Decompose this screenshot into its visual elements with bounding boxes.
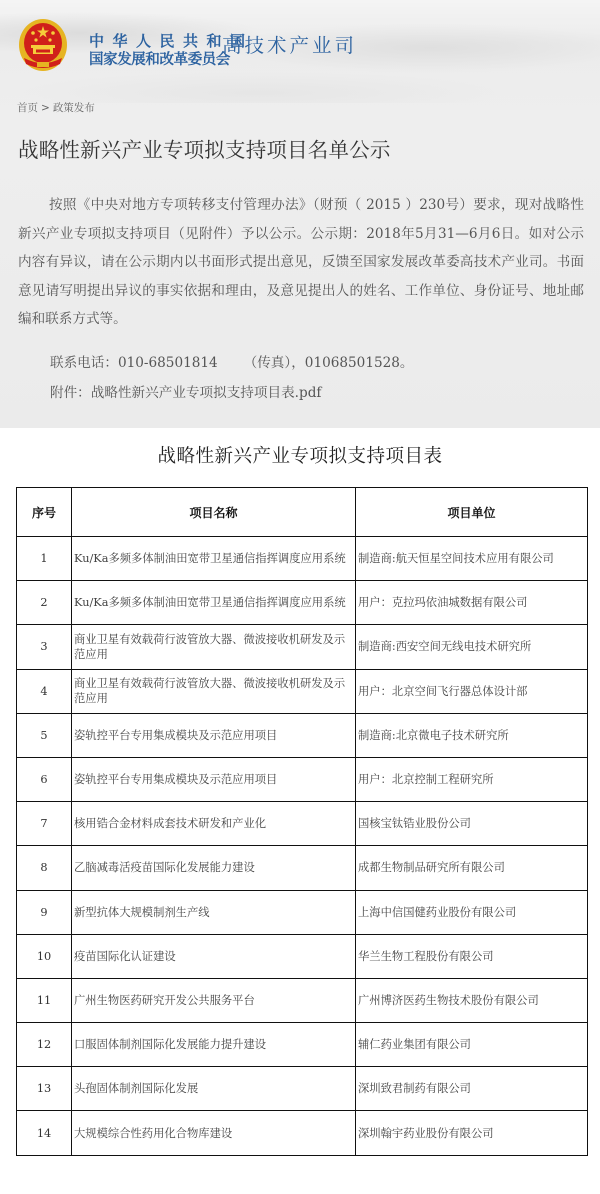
article-paragraph: 按照《中央对地方专项转移支付管理办法》（财预（ 2015 ）230号）要求，现对…: [18, 191, 584, 334]
department-name[interactable]: 高技术产业司: [222, 34, 357, 58]
table-row: 8乙脑减毒活疫苗国际化发展能力建设成都生物制品研究所有限公司: [17, 846, 588, 890]
project-unit: 制造商:航天恒星空间技术应用有限公司: [356, 537, 588, 581]
row-number: 14: [17, 1111, 72, 1155]
project-unit: 华兰生物工程股份有限公司: [356, 934, 588, 978]
table-row: 7核用锆合金材料成套技术研发和产业化国核宝钛锆业股份公司: [17, 802, 588, 846]
page-banner: 中华人民共和国 国家发展和改革委员会 高技术产业司 首页>政策发布 战略性新兴产…: [0, 0, 600, 428]
project-unit: 深圳致君制药有限公司: [356, 1067, 588, 1111]
column-header-number: 序号: [17, 488, 72, 537]
row-number: 8: [17, 846, 72, 890]
row-number: 11: [17, 978, 72, 1022]
breadcrumb-home-link[interactable]: 首页: [17, 102, 38, 114]
attachment-label: 附件：: [50, 385, 91, 401]
project-name: 疫苗国际化认证建设: [72, 934, 356, 978]
project-name: 头孢固体制剂国际化发展: [72, 1067, 356, 1111]
attachment-link[interactable]: 战略性新兴产业专项拟支持项目表.pdf: [91, 385, 322, 401]
row-number: 3: [17, 625, 72, 669]
table-row: 13头孢固体制剂国际化发展深圳致君制药有限公司: [17, 1067, 588, 1111]
column-header-project-name: 项目名称: [72, 488, 356, 537]
site-header: 中华人民共和国 国家发展和改革委员会 高技术产业司: [0, 0, 600, 95]
column-header-project-unit: 项目单位: [356, 488, 588, 537]
project-name: 商业卫星有效载荷行波管放大器、微波接收机研发及示范应用: [72, 669, 356, 713]
project-unit: 成都生物制品研究所有限公司: [356, 846, 588, 890]
table-row: 9新型抗体大规模制剂生产线上海中信国健药业股份有限公司: [17, 890, 588, 934]
breadcrumb: 首页>政策发布: [17, 100, 95, 115]
project-unit: 用户：克拉玛依油城数据有限公司: [356, 581, 588, 625]
project-name: Ku/Ka多频多体制油田宽带卫星通信指挥调度应用系统: [72, 537, 356, 581]
row-number: 6: [17, 757, 72, 801]
project-unit: 制造商:北京微电子技术研究所: [356, 713, 588, 757]
table-row: 6姿轨控平台专用集成模块及示范应用项目用户：北京控制工程研究所: [17, 757, 588, 801]
contact-info: 联系电话：010-68501814 （传真），01068501528。: [50, 351, 414, 371]
project-name: Ku/Ka多频多体制油田宽带卫星通信指挥调度应用系统: [72, 581, 356, 625]
project-unit: 深圳翰宇药业股份有限公司: [356, 1111, 588, 1155]
row-number: 12: [17, 1023, 72, 1067]
breadcrumb-policy-link[interactable]: 政策发布: [53, 102, 95, 114]
table-row: 3商业卫星有效载荷行波管放大器、微波接收机研发及示范应用制造商:西安空间无线电技…: [17, 625, 588, 669]
row-number: 9: [17, 890, 72, 934]
row-number: 1: [17, 537, 72, 581]
project-unit: 上海中信国健药业股份有限公司: [356, 890, 588, 934]
project-unit: 国核宝钛锆业股份公司: [356, 802, 588, 846]
row-number: 2: [17, 581, 72, 625]
row-number: 4: [17, 669, 72, 713]
row-number: 5: [17, 713, 72, 757]
table-row: 12口服固体制剂国际化发展能力提升建设辅仁药业集团有限公司: [17, 1023, 588, 1067]
row-number: 10: [17, 934, 72, 978]
table-row: 1Ku/Ka多频多体制油田宽带卫星通信指挥调度应用系统制造商:航天恒星空间技术应…: [17, 537, 588, 581]
row-number: 7: [17, 802, 72, 846]
project-unit: 辅仁药业集团有限公司: [356, 1023, 588, 1067]
table-row: 10疫苗国际化认证建设华兰生物工程股份有限公司: [17, 934, 588, 978]
project-name: 新型抗体大规模制剂生产线: [72, 890, 356, 934]
project-name: 核用锆合金材料成套技术研发和产业化: [72, 802, 356, 846]
row-number: 13: [17, 1067, 72, 1111]
table-row: 14大规模综合性药用化合物库建设深圳翰宇药业股份有限公司: [17, 1111, 588, 1155]
project-name: 大规模综合性药用化合物库建设: [72, 1111, 356, 1155]
table-row: 4商业卫星有效载荷行波管放大器、微波接收机研发及示范应用用户：北京空间飞行器总体…: [17, 669, 588, 713]
project-unit: 广州博济医药生物技术股份有限公司: [356, 978, 588, 1022]
table-row: 2Ku/Ka多频多体制油田宽带卫星通信指挥调度应用系统用户：克拉玛依油城数据有限…: [17, 581, 588, 625]
article-body: 按照《中央对地方专项转移支付管理办法》（财预（ 2015 ）230号）要求，现对…: [18, 191, 584, 334]
project-name: 姿轨控平台专用集成模块及示范应用项目: [72, 713, 356, 757]
project-name: 乙脑减毒活疫苗国际化发展能力建设: [72, 846, 356, 890]
project-name: 广州生物医药研究开发公共服务平台: [72, 978, 356, 1022]
attachment-line: 附件：战略性新兴产业专项拟支持项目表.pdf: [50, 381, 321, 401]
project-name: 口服固体制剂国际化发展能力提升建设: [72, 1023, 356, 1067]
project-unit: 制造商:西安空间无线电技术研究所: [356, 625, 588, 669]
project-name: 姿轨控平台专用集成模块及示范应用项目: [72, 757, 356, 801]
national-emblem-icon[interactable]: [18, 18, 68, 74]
table-header-row: 序号 项目名称 项目单位: [17, 488, 588, 537]
table-row: 11广州生物医药研究开发公共服务平台广州博济医药生物技术股份有限公司: [17, 978, 588, 1022]
project-unit: 用户：北京控制工程研究所: [356, 757, 588, 801]
document-title: 战略性新兴产业专项拟支持项目表: [0, 442, 600, 468]
commission-name: 国家发展和改革委员会: [89, 51, 230, 69]
project-unit: 用户：北京空间飞行器总体设计部: [356, 669, 588, 713]
project-name: 商业卫星有效载荷行波管放大器、微波接收机研发及示范应用: [72, 625, 356, 669]
table-row: 5姿轨控平台专用集成模块及示范应用项目制造商:北京微电子技术研究所: [17, 713, 588, 757]
page-title: 战略性新兴产业专项拟支持项目名单公示: [18, 133, 391, 163]
breadcrumb-separator: >: [41, 102, 50, 114]
project-table: 序号 项目名称 项目单位 1Ku/Ka多频多体制油田宽带卫星通信指挥调度应用系统…: [16, 487, 588, 1156]
